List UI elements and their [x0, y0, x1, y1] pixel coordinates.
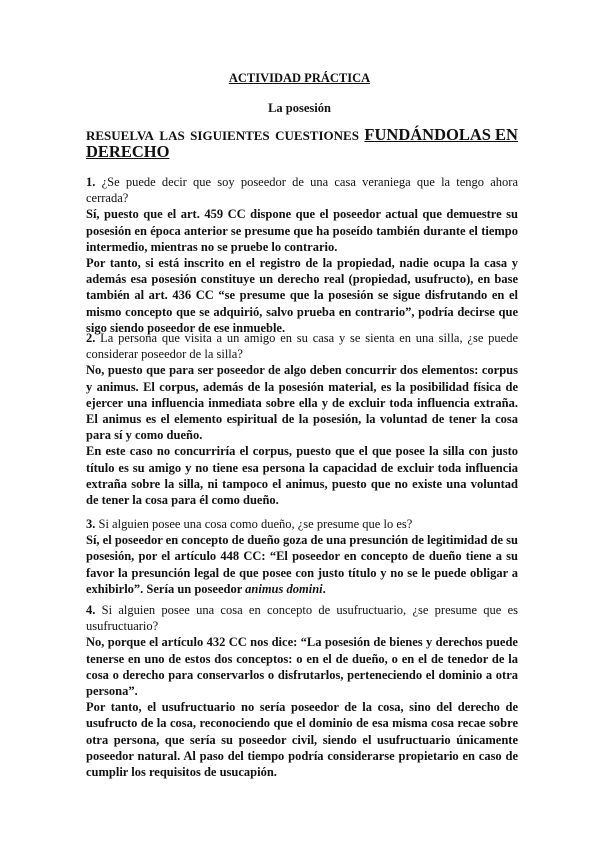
document-page: ACTIVIDAD PRÁCTICA La posesión RESUELVA …	[0, 0, 599, 848]
question-text: 1. ¿Se puede decir que soy poseedor de u…	[86, 174, 518, 206]
answer-latin-term: animus domini	[245, 582, 322, 596]
instruction-heading: RESUELVA LAS SIGUIENTES CUESTIONES FUNDÁ…	[86, 127, 518, 161]
question-text: 2. La persona que visita a un amigo en s…	[86, 330, 518, 362]
question-body: Si alguien posee una cosa en concepto de…	[86, 603, 518, 633]
answer-paragraph: Sí, el poseedor en concepto de dueño goz…	[86, 532, 518, 597]
title-text: ACTIVIDAD PRÁCTICA	[229, 71, 370, 85]
question-text: 3. Si alguien posee una cosa como dueño,…	[86, 516, 518, 532]
question-block-1: 1. ¿Se puede decir que soy poseedor de u…	[86, 174, 518, 336]
question-body: ¿Se puede decir que soy poseedor de una …	[86, 175, 518, 205]
document-subtitle: La posesión	[0, 101, 599, 116]
answer-paragraph: No, puesto que para ser poseedor de algo…	[86, 362, 518, 443]
question-text: 4. Si alguien posee una cosa en concepto…	[86, 602, 518, 634]
instruction-emphasis: FUNDÁNDOLAS EN	[364, 127, 518, 143]
answer-paragraph: Sí, puesto que el art. 459 CC dispone qu…	[86, 206, 518, 255]
document-title: ACTIVIDAD PRÁCTICA	[0, 71, 599, 86]
answer-paragraph: No, porque el artículo 432 CC nos dice: …	[86, 634, 518, 699]
question-block-2: 2. La persona que visita a un amigo en s…	[86, 330, 518, 508]
question-body: La persona que visita a un amigo en su c…	[86, 331, 518, 361]
question-number: 2.	[86, 331, 95, 345]
instruction-word: CUESTIONES	[275, 128, 359, 144]
answer-paragraph: Por tanto, si está inscrito en el regist…	[86, 255, 518, 336]
question-block-3: 3. Si alguien posee una cosa como dueño,…	[86, 516, 518, 597]
answer-end: .	[323, 582, 326, 596]
question-number: 1.	[86, 175, 95, 189]
question-block-4: 4. Si alguien posee una cosa en concepto…	[86, 602, 518, 780]
question-number: 3.	[86, 517, 95, 531]
answer-paragraph: En este caso no concurriría el corpus, p…	[86, 443, 518, 508]
instruction-word: SIGUIENTES	[190, 128, 269, 144]
answer-paragraph: Por tanto, el usufructuario no sería pos…	[86, 699, 518, 780]
question-number: 4.	[86, 603, 95, 617]
instruction-emphasis: DERECHO	[86, 142, 169, 161]
question-body: Si alguien posee una cosa como dueño, ¿s…	[99, 517, 413, 531]
instruction-line-2: DERECHO	[86, 144, 518, 161]
